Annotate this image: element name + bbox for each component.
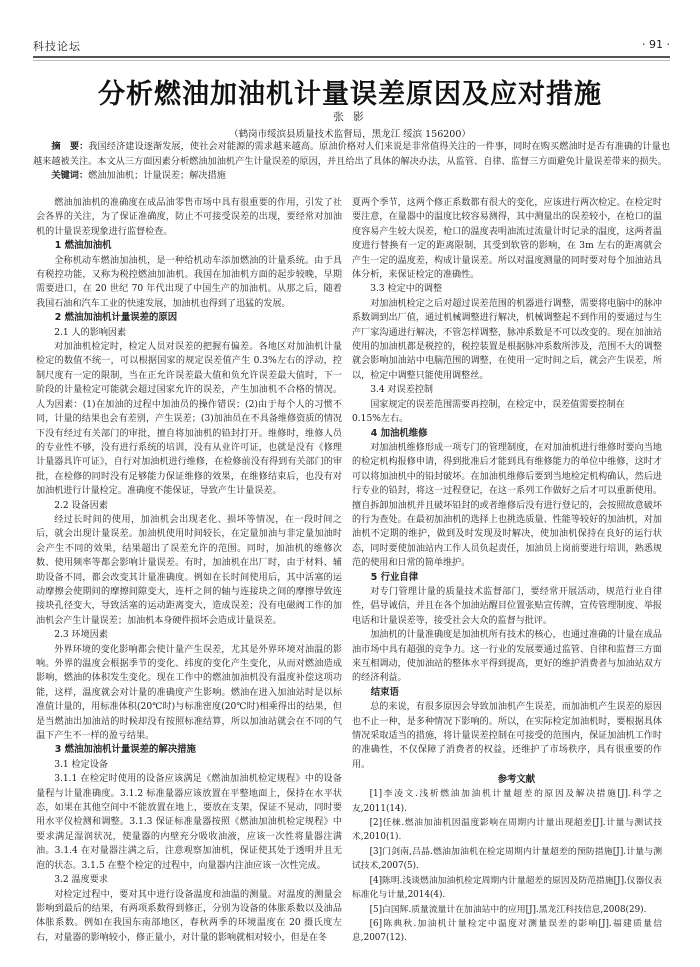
subsection-3-2-text: 对检定过程中，要对其中进行设备温度和油温的测量。对温度的测量会影响到最后的结果，…: [36, 888, 342, 946]
subsection-3-3-text: 对加油机检定之后对超过误差范围的机器进行调整，需要将电脑中的脉冲系数调到出厂值，…: [352, 297, 662, 383]
subsection-heading-3-1: 3.1 检定设备: [36, 758, 342, 772]
section-5-text-1: 对专门管理计量的质量技术监督部门，要经常开展活动，规范行业自律性，倡导诚信，并且…: [352, 585, 662, 628]
references-heading: 参考文献: [352, 772, 662, 787]
right-column: 夏两个季节，这两个修正系数都有很大的变化，应该进行两次检定。在检定时要注意，在量…: [352, 196, 662, 946]
keywords: 关键词：燃油加油机；计量误差；解决措施: [33, 169, 670, 184]
abstract-text: 我国经济建设逐渐发展，使社会对能源的需求越来越高。原油价格对人们来说是非常值得关…: [33, 141, 670, 167]
section-heading-3: 3 燃油加油机计量误差的解决措施: [36, 743, 342, 757]
reference-item: [4]陈明.浅谈燃油加油机检定周期内计量超差的原因及防范措施[J].仪器仪表标准…: [352, 874, 662, 903]
conclusion-heading: 结束语: [352, 686, 662, 700]
author: 张 影: [0, 109, 700, 124]
left-column: 燃油加油机的准确度在成品油零售市场中具有很重要的作用，引发了社会各界的关注，为了…: [36, 196, 342, 945]
reference-item: [3]门剑南,吕晶.燃油加油机在检定周期内计量超差的预防措施[J].计量与测试技…: [352, 845, 662, 874]
page-number: · 91 ·: [642, 38, 670, 51]
article-title: 分析燃油加油机计量误差原因及应对措施: [0, 72, 700, 111]
abstract: 摘 要：我国经济建设逐渐发展，使社会对能源的需求越来越高。原油价格对人们来说是非…: [33, 140, 670, 169]
reference-item: [1]李凌文.浅析燃油加油机计量超差的原因及解决措施[J].科学之友,2011(…: [352, 787, 662, 816]
subsection-2-3-text: 外界环境的变化影响都会使计量产生误差，尤其是外界环境对油温的影响。外界的温度会根…: [36, 643, 342, 744]
subsection-3-1-text: 3.1.1 在检定时使用的设备应该满足《燃油加油机检定规程》中的设备量程与计量准…: [36, 772, 342, 873]
header-rule: [33, 56, 670, 58]
section-1-text: 全称机动车燃油加油机，是一种给机动车添加燃油的计量系统。由于具有税控功能，又称为…: [36, 254, 342, 312]
section-heading-2: 2 燃油加油机计量误差的原因: [36, 311, 342, 325]
subsection-3-4-text: 国家规定的误差范围需要再控制，在检定中，误差值需要控制在: [352, 398, 662, 412]
reference-item: [2]任梾.燃油加油机因温度影响在周期内计量出现超差[J].计量与测试技术,20…: [352, 816, 662, 845]
subsection-3-4-text-cont: 0.15%左右。: [352, 412, 662, 426]
subsection-2-1-text: 对加油机检定时，检定人员对误差的把握有偏差。各地区对加油机计量检定的数值不统一，…: [36, 340, 342, 498]
section-heading-5: 5 行业自律: [352, 571, 662, 585]
subsection-heading-3-3: 3.3 检定中的调整: [352, 282, 662, 296]
running-head: 科技论坛 · 91 ·: [33, 38, 670, 56]
intro-paragraph: 燃油加油机的准确度在成品油零售市场中具有很重要的作用，引发了社会各界的关注，为了…: [36, 196, 342, 239]
subsection-heading-3-2: 3.2 温度要求: [36, 873, 342, 887]
section-4-text: 对加油机维修形成一项专门的管理制度，在对加油机进行维修时要向当地的检定机构报修申…: [352, 441, 662, 571]
subsection-heading-3-4: 3.4 对误差控制: [352, 383, 662, 397]
section-heading-4: 4 加油机维修: [352, 427, 662, 441]
subsection-2-2-text: 经过长时间的使用，加油机会出现老化、损坏等情况，在一段时间之后，就会出现计量误差…: [36, 513, 342, 628]
reference-item: [5]白国辉.质量流量计在加油站中的应用[J].黑龙江科技信息,2008(29)…: [352, 903, 662, 917]
keywords-text: 燃油加油机；计量误差；解决措施: [88, 170, 226, 181]
keywords-label: 关键词：: [51, 170, 88, 181]
subsection-heading-2-2: 2.2 设备因素: [36, 499, 342, 513]
section-5-text-2: 加油机的计量准确度是加油机所有技术的核心，也通过准确的计量在成品油市场中具有超强…: [352, 628, 662, 686]
header-rule-thin: [33, 60, 670, 61]
subsection-heading-2-3: 2.3 环境因素: [36, 628, 342, 642]
conclusion-text: 总的来说，有很多原因会导致加油机产生误差，而加油机产生误差的原因也不止一种，是多…: [352, 700, 662, 772]
reference-item: [6]陈典秋.加油机计量检定中温度对测量误差的影响[J].福建质量信息,2007…: [352, 917, 662, 946]
abstract-label: 摘 要：: [51, 141, 88, 152]
section-heading-1: 1 燃油加油机: [36, 239, 342, 253]
subsection-heading-2-1: 2.1 人的影响因素: [36, 326, 342, 340]
abstract-block: 摘 要：我国经济建设逐渐发展，使社会对能源的需求越来越高。原油价格对人们来说是非…: [33, 140, 670, 184]
subsection-3-2-continued: 夏两个季节，这两个修正系数都有很大的变化，应该进行两次检定。在检定时要注意，在量…: [352, 196, 662, 282]
journal-name: 科技论坛: [33, 38, 81, 54]
affiliation: （鹤岗市绥滨县质量技术监督局，黑龙江 绥滨 156200）: [0, 126, 700, 140]
